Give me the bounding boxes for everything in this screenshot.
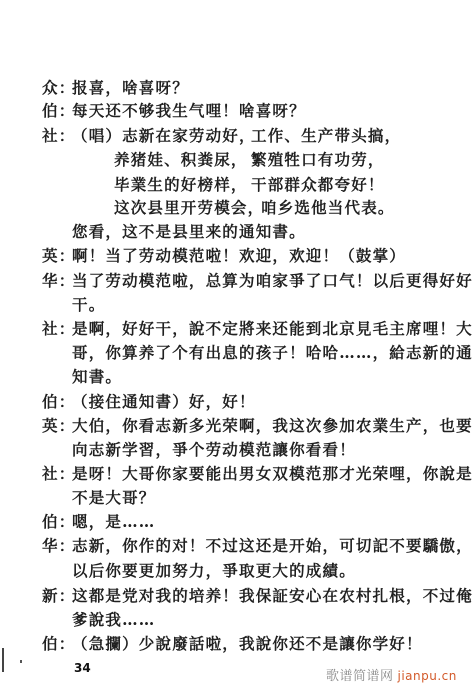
watermark-url: jianpu.cn: [398, 669, 457, 683]
dialogue-continuation: 以后你要更加努力，爭取更大的成績。: [72, 561, 356, 581]
speaker-label: 社：: [42, 464, 72, 484]
dialogue-continuation: 知書。: [72, 367, 122, 387]
speaker-label: 社：: [42, 126, 72, 146]
dialogue-line: 社：是啊，好好干，說不定將来还能到北京見毛主席哩！大: [42, 319, 473, 339]
dialogue-text: 报喜，啥喜呀？: [72, 78, 189, 97]
dialogue-line: 华：当了劳动模范啦，总算为咱家爭了口气！以后更得好好: [42, 271, 473, 291]
speaker-label: 华：: [42, 536, 72, 556]
scan-dot-mark: [20, 660, 22, 663]
dialogue-line: 伯：（接住通知書）好，好！: [42, 392, 256, 412]
scan-edge-mark: [2, 648, 4, 672]
song-text-col1: 这次县里开劳模会，: [114, 198, 264, 217]
dialogue-text: 大伯，你看志新多光荣啊，我这次參加农業生产，也要: [72, 416, 473, 435]
dialogue-line: 伯：嗯，是……: [42, 512, 156, 532]
dialogue-line: 新：这都是党对我的培养！我保証安心在农村扎根，不过俺: [42, 586, 473, 606]
speaker-label: 伯：: [42, 512, 72, 532]
dialogue-line: 华：志新，你作的对！不过这还是开始，可切記不要驕傲，: [42, 536, 473, 556]
dialogue-text: （接住通知書）好，好！: [72, 392, 256, 411]
song-text-col1: 毕業生的好榜样，: [114, 175, 248, 194]
speaker-label: 华：: [42, 271, 72, 291]
dialogue-line: 社：（唱）志新在家劳动好，工作、生产带头搞，: [42, 126, 256, 146]
song-text-col2: 繁殖牲口有功劳，: [251, 150, 385, 170]
speaker-label: 伯：: [42, 392, 72, 412]
dialogue-continuation: 不是大哥？: [72, 488, 156, 508]
song-text-col2: 工作、生产带头搞，: [251, 126, 401, 146]
dialogue-text: 当了劳动模范啦，总算为咱家爭了口气！以后更得好好: [72, 271, 473, 290]
dialogue-line: 伯：（急攔）少說廢話啦，我說你还不是讓你学好！: [42, 634, 423, 654]
page-number: 34: [74, 661, 91, 675]
song-text-col2: 干部群众都夸好！: [251, 175, 385, 195]
dialogue-continuation: 您看，这不是县里来的通知書。: [72, 222, 306, 242]
dialogue-text: 每天还不够我生气哩！啥喜呀？: [72, 101, 306, 120]
watermark-site: 歌谱简谱网: [326, 669, 394, 684]
speaker-label: 英：: [42, 246, 72, 266]
dialogue-text: 嗯，是……: [72, 512, 156, 531]
song-text-col1: 养猪娃、积粪尿，: [114, 150, 248, 169]
song-line: 这次县里开劳模会，咱乡选他当代表。: [114, 198, 264, 218]
speaker-label: 伯：: [42, 101, 72, 121]
dialogue-line: 社：是呀！大哥你家要能出男女双模范那才光荣哩，你說是: [42, 464, 473, 484]
speaker-label: 众：: [42, 78, 72, 98]
song-text-col2: 咱乡选他当代表。: [261, 198, 395, 218]
song-line: 毕業生的好榜样，干部群众都夸好！: [114, 175, 248, 195]
speaker-label: 新：: [42, 586, 72, 606]
dialogue-line: 英：啊！当了劳动模范啦！欢迎，欢迎！（鼓掌）: [42, 246, 406, 266]
speaker-label: 英：: [42, 416, 72, 436]
dialogue-text: 这都是党对我的培养！我保証安心在农村扎根，不过俺: [72, 586, 473, 605]
dialogue-text: 是啊，好好干，說不定將来还能到北京見毛主席哩！大: [72, 319, 473, 338]
dialogue-continuation: 哥，你算养了个有出息的孩子！哈哈……，給志新的通: [72, 343, 473, 363]
speaker-label: 社：: [42, 319, 72, 339]
dialogue-line: 英：大伯，你看志新多光荣啊，我这次參加农業生产，也要: [42, 416, 473, 436]
dialogue-text: 是呀！大哥你家要能出男女双模范那才光荣哩，你說是: [72, 464, 473, 483]
watermark: 歌谱简谱网jianpu.cn: [326, 665, 457, 684]
dialogue-text: （急攔）少說廢話啦，我說你还不是讓你学好！: [72, 634, 423, 653]
dialogue-line: 众：报喜，啥喜呀？: [42, 78, 189, 98]
dialogue-continuation: 干。: [72, 295, 105, 315]
speaker-label: 伯：: [42, 634, 72, 654]
dialogue-text: 志新，你作的对！不过这还是开始，可切記不要驕傲，: [72, 536, 473, 555]
scanned-page: 众：报喜，啥喜呀？ 伯：每天还不够我生气哩！啥喜呀？ 社：（唱）志新在家劳动好，…: [0, 0, 476, 690]
song-line: 养猪娃、积粪尿，繁殖牲口有功劳，: [114, 150, 248, 170]
dialogue-continuation: 爹說我……: [72, 610, 156, 630]
dialogue-line: 伯：每天还不够我生气哩！啥喜呀？: [42, 101, 306, 121]
dialogue-text: 啊！当了劳动模范啦！欢迎，欢迎！（鼓掌）: [72, 246, 406, 265]
song-text-col1: （唱）志新在家劳动好，: [72, 126, 256, 145]
dialogue-continuation: 向志新学習，爭个劳动模范讓你看看！: [72, 440, 356, 460]
